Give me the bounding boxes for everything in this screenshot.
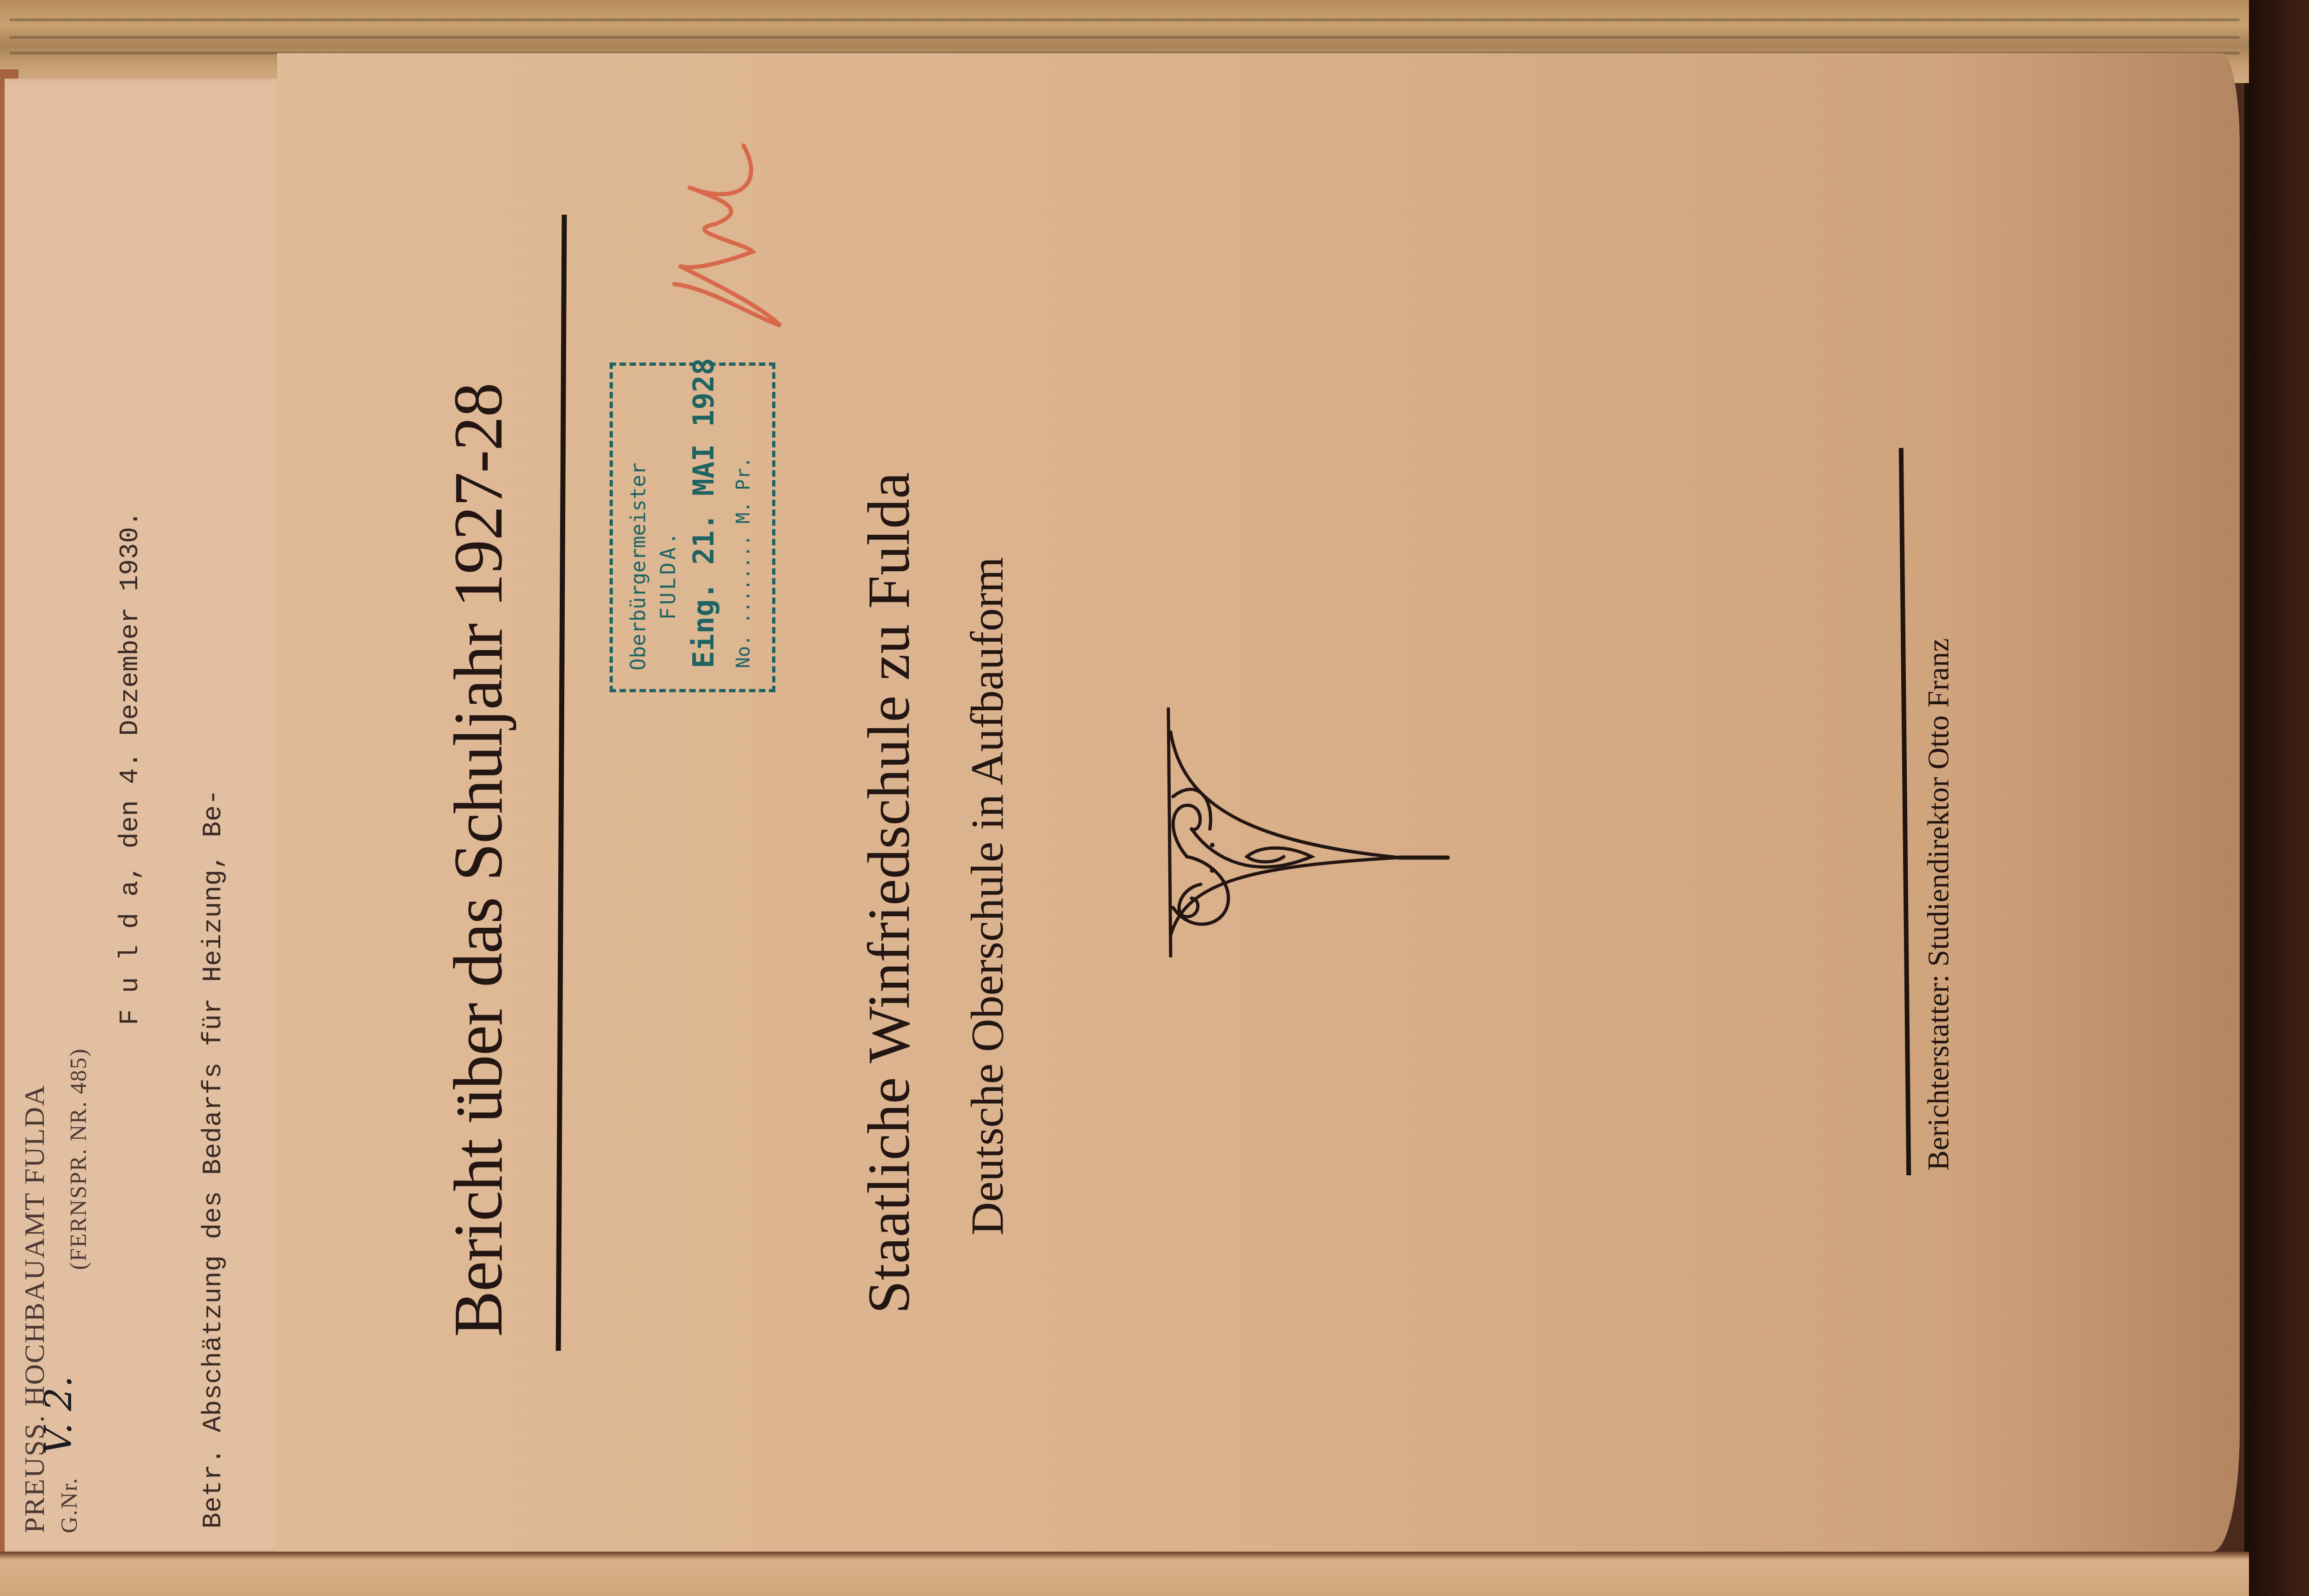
letter-sheet: PREUSS. HOCHBAUAMT FULDA G.Nr. V. 2. (FE… xyxy=(5,79,282,1552)
stamp-date: Eing. 21. MAI 1928 xyxy=(687,358,720,668)
reporter-line: Berichterstatter: Studiendirektor Otto F… xyxy=(1921,638,1956,1171)
title-page: Bericht über das Schuljahr 1927-28 Oberb… xyxy=(277,53,2240,1552)
ornament-vignette-icon xyxy=(1136,686,1459,981)
handwritten-file-number: V. 2. xyxy=(37,1376,80,1455)
school-type: Deutsche Oberschule in Aufbauform xyxy=(961,557,1014,1235)
reporter-rule xyxy=(1899,448,1911,1175)
report-title: Bericht über das Schuljahr 1927-28 xyxy=(439,383,518,1337)
stamp-city: FULDA. xyxy=(657,530,680,620)
stamp-number: No. ........ M. Pr. xyxy=(733,457,754,668)
receipt-stamp: Oberbürgermeister FULDA. Eing. 21. MAI 1… xyxy=(610,363,775,692)
school-name: Staatliche Winfriedschule zu Fulda xyxy=(854,472,924,1314)
bottom-page-edge xyxy=(0,1552,2249,1596)
title-underline xyxy=(556,215,567,1351)
letterhead-gnr: G.Nr. xyxy=(55,1477,82,1533)
letter-subject: Betr. Abschätzung des Bedarfs für Heizun… xyxy=(199,789,229,1529)
red-pencil-annotation xyxy=(660,132,799,349)
desk-background xyxy=(2244,0,2309,1596)
letterhead-office: PREUSS. HOCHBAUAMT FULDA xyxy=(18,1084,51,1533)
stamp-authority: Oberbürgermeister xyxy=(627,463,650,671)
letterhead-phone: (FERNSPR. NR. 485) xyxy=(65,1048,91,1270)
letter-date: F u l d a, den 4. Dezember 1930. xyxy=(115,511,145,1025)
